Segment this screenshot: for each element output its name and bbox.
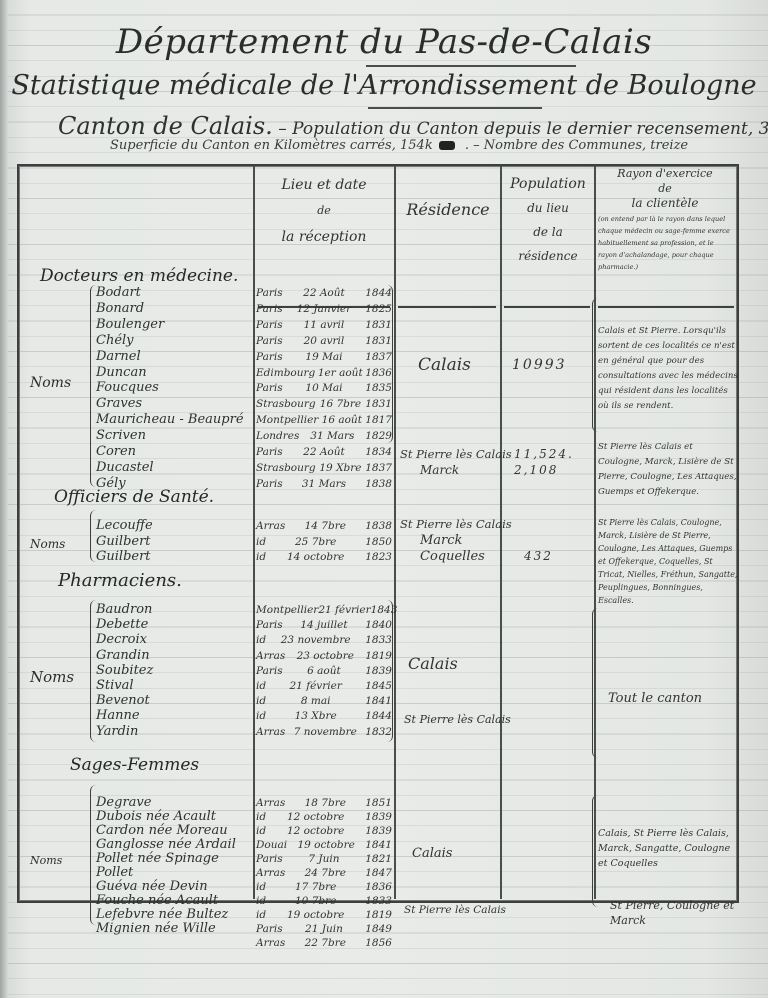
rayon-text: Calais et St Pierre. Lorsqu'ils sortent … — [598, 324, 738, 414]
reception-date: Arras7 novembre1832 — [256, 726, 392, 738]
rayon-text: St Pierre, Coulogne et Marck — [610, 898, 750, 928]
reception-year: 1819 — [365, 909, 392, 921]
reception-date: 10 7bre — [295, 895, 336, 907]
section-title-officiers: Officiers de Santé. — [54, 487, 214, 507]
superficie-line: Superficie du Canton en Kilomètres carré… — [110, 138, 688, 153]
residence: Calais — [412, 846, 452, 861]
person-name: Lefebvre née Bultez — [96, 907, 228, 922]
reception-date: Arras14 7bre1838 — [256, 520, 392, 532]
reception-date: 19 octobre — [297, 839, 354, 851]
reception-date: Paris21 Juin1849 — [256, 923, 392, 935]
population: 10993 — [512, 357, 567, 373]
reception-date: id17 7bre1836 — [256, 881, 392, 893]
person-name: Pollet — [96, 865, 133, 880]
brace — [592, 608, 599, 758]
reception-date: 11 avril — [304, 319, 345, 331]
reception-lieu: id — [256, 825, 266, 837]
reception-year: 1838 — [365, 520, 392, 532]
noms-label: Noms — [30, 537, 65, 551]
reception-year: 1839 — [365, 825, 392, 837]
reception-date: Paris14 juillet1840 — [256, 619, 392, 631]
reception-date: id23 novembre1833 — [256, 634, 392, 646]
reception-date: id14 octobre1823 — [256, 551, 392, 563]
reception-lieu: id — [256, 536, 266, 548]
residence: St Pierre lès Calais — [404, 713, 511, 726]
reception-lieu: Paris — [256, 382, 283, 394]
reception-date: id12 octobre1839 — [256, 825, 392, 837]
reception-date: id10 7bre1833 — [256, 895, 392, 907]
person-name: Bevenot — [96, 693, 150, 708]
title-underline — [366, 65, 576, 67]
header-line: la réception — [256, 224, 392, 250]
person-name: Soubitez — [96, 663, 153, 678]
noms-label: Noms — [30, 668, 74, 686]
header-line: la clientèle — [598, 196, 732, 211]
reception-year: 1851 — [365, 797, 392, 809]
reception-date: Arras23 octobre1819 — [256, 650, 392, 662]
residence: Calais — [408, 654, 458, 673]
reception-lieu: Paris — [256, 319, 283, 331]
person-name: Fouche née Acault — [96, 893, 218, 908]
reception-date: 20 avril — [304, 335, 345, 347]
reception-date: Arras22 7bre1856 — [256, 937, 392, 949]
reception-year: 1841 — [365, 839, 392, 851]
subtitle-underline — [368, 107, 542, 109]
reception-lieu: id — [256, 881, 266, 893]
reception-date: 17 7bre — [295, 881, 336, 893]
reception-date: id13 Xbre1844 — [256, 710, 392, 722]
reception-date: 22 Août — [303, 446, 345, 458]
rayon-text: St Pierre lès Calais, Coulogne, Marck, L… — [598, 516, 738, 607]
reception-date: 16 7bre — [320, 398, 361, 410]
residence: Marck — [420, 533, 462, 548]
rayon-text: Tout le canton — [608, 691, 748, 706]
person-name: Graves — [96, 396, 142, 411]
reception-date: Paris10 Mai1835 — [256, 382, 392, 394]
reception-date: 14 octobre — [287, 551, 344, 563]
reception-date: 21 Juin — [305, 923, 343, 935]
reception-lieu: id — [256, 680, 266, 692]
reception-lieu: Arras — [256, 797, 285, 809]
reception-date: 16 août — [322, 414, 362, 426]
column-divider — [500, 166, 502, 899]
reception-lieu: Londres — [256, 430, 299, 442]
reception-lieu: Paris — [256, 665, 283, 677]
canton-line: Canton de Calais. – Population du Canton… — [58, 112, 768, 140]
residence: St Pierre lès Calais — [404, 904, 506, 916]
header-rule — [504, 306, 590, 308]
reception-lieu: Douai — [256, 839, 287, 851]
header-residence: Résidence — [396, 200, 500, 219]
reception-date: 31 Mars — [302, 478, 346, 490]
reception-lieu: id — [256, 811, 266, 823]
reception-date: 31 Mars — [310, 430, 354, 442]
reception-date: 21 février — [318, 604, 370, 616]
reception-lieu: Paris — [256, 619, 283, 631]
person-name: Bodart — [96, 285, 141, 300]
reception-year: 1821 — [365, 853, 392, 865]
reception-date: 19 octobre — [287, 909, 344, 921]
person-name: Duncan — [96, 365, 147, 380]
reception-lieu: Edimbourg — [256, 367, 315, 379]
person-name: Foucques — [96, 380, 159, 395]
reception-year: 1850 — [365, 536, 392, 548]
reception-date: 23 octobre — [297, 650, 354, 662]
reception-date: 10 Mai — [305, 382, 342, 394]
header-rule — [598, 306, 734, 308]
reception-date: Paris19 Mai1837 — [256, 351, 392, 363]
reception-date: 24 7bre — [305, 867, 346, 879]
reception-date: Montpellier21 février1843 — [256, 604, 392, 616]
page-subtitle: Statistique médicale de l'Arrondissement… — [0, 70, 768, 101]
header-line: de — [598, 181, 732, 196]
reception-lieu: Paris — [256, 923, 283, 935]
reception-date: 6 août — [307, 665, 341, 677]
reception-date: 14 7bre — [305, 520, 346, 532]
reception-date: 21 février — [290, 680, 342, 692]
reception-lieu: id — [256, 909, 266, 921]
population: 432 — [524, 549, 553, 563]
reception-lieu: Strasbourg — [256, 462, 316, 474]
column-divider — [253, 166, 255, 899]
header-line: de — [256, 198, 392, 224]
rayon-text: Calais, St Pierre lès Calais, Marck, San… — [598, 826, 738, 871]
reception-date: id12 octobre1839 — [256, 811, 392, 823]
header-rule — [398, 306, 496, 308]
reception-year: 1847 — [365, 867, 392, 879]
reception-date: Strasbourg16 7bre1831 — [256, 398, 392, 410]
reception-lieu: Montpellier — [256, 414, 318, 426]
person-name: Ganglosse née Ardail — [96, 837, 236, 852]
reception-year: 1836 — [365, 881, 392, 893]
header-rayon: Rayon d'exercice de la clientèle (on ent… — [598, 166, 732, 273]
person-name: Guéva née Devin — [96, 879, 208, 894]
reception-date: 22 Août — [303, 287, 345, 299]
person-name: Mignien née Wille — [96, 921, 216, 936]
reception-lieu: id — [256, 634, 266, 646]
rayon-text: St Pierre lès Calais et Coulogne, Marck,… — [598, 440, 738, 500]
reception-date: 12 octobre — [287, 811, 344, 823]
reception-year: 1849 — [365, 923, 392, 935]
reception-date: id25 7bre1850 — [256, 536, 392, 548]
person-name: Hanne — [96, 708, 140, 723]
reception-year: 1837 — [365, 462, 392, 474]
reception-lieu: Paris — [256, 351, 283, 363]
reception-date: id19 octobre1819 — [256, 909, 392, 921]
header-line: de la résidence — [502, 220, 594, 268]
communes-label: . – Nombre des Communes, — [465, 138, 646, 153]
population-value: 30,254. — [759, 119, 768, 139]
page-title: Département du Pas-de-Calais — [0, 22, 768, 62]
residence: St Pierre lès Calais — [400, 447, 512, 461]
person-name: Ducastel — [96, 460, 154, 475]
person-name: Lecouffe — [96, 518, 153, 533]
person-name: Pollet née Spinage — [96, 851, 219, 866]
person-name: Boulenger — [96, 317, 164, 332]
person-name: Baudron — [96, 602, 152, 617]
reception-lieu: id — [256, 695, 266, 707]
reception-date: id21 février1845 — [256, 680, 392, 692]
reception-date: 19 Mai — [305, 351, 342, 363]
reception-date: 18 7bre — [305, 797, 346, 809]
reception-date: 1er août — [318, 367, 363, 379]
section-title-pharmaciens: Pharmaciens. — [58, 570, 182, 591]
person-name: Bonard — [96, 301, 144, 316]
document-page: Département du Pas-de-Calais Statistique… — [0, 0, 768, 998]
reception-lieu: Strasbourg — [256, 398, 316, 410]
reception-date: Douai19 octobre1841 — [256, 839, 392, 851]
reception-date: Paris31 Mars1838 — [256, 478, 392, 490]
person-name: Darnel — [96, 349, 141, 364]
residence: St Pierre lès Calais — [400, 517, 512, 531]
header-line: Population — [502, 172, 594, 196]
reception-date: 7 Juin — [308, 853, 339, 865]
reception-lieu: Arras — [256, 650, 285, 662]
reception-date: 12 Janvier — [297, 303, 351, 315]
noms-label: Noms — [30, 854, 62, 867]
person-name: Guilbert — [96, 549, 151, 564]
person-name: Debette — [96, 617, 148, 632]
reception-date: 14 juillet — [300, 619, 347, 631]
reception-date: 22 7bre — [305, 937, 346, 949]
reception-lieu: Paris — [256, 287, 283, 299]
reception-date: Paris6 août1839 — [256, 665, 392, 677]
reception-date: Paris20 avril1831 — [256, 335, 392, 347]
ink-blot — [439, 141, 455, 150]
header-line: Lieu et date — [256, 172, 392, 198]
communes-value: treize — [650, 138, 688, 153]
superficie-label: Superficie du Canton en Kilomètres carré… — [110, 138, 396, 153]
reception-lieu: Paris — [256, 303, 283, 315]
person-name: Mauricheau - Beaupré — [96, 412, 244, 427]
reception-lieu: Montpellier — [256, 604, 318, 616]
section-title-docteurs: Docteurs en médecine. — [40, 266, 238, 286]
person-name: Yardin — [96, 724, 138, 739]
reception-lieu: id — [256, 710, 266, 722]
reception-year: 1838 — [365, 478, 392, 490]
reception-date: Paris7 Juin1821 — [256, 853, 392, 865]
reception-lieu: id — [256, 895, 266, 907]
reception-year: 1856 — [365, 937, 392, 949]
reception-date: 8 mai — [301, 695, 331, 707]
reception-date: 7 novembre — [294, 726, 357, 738]
section-title-sages-femmes: Sages-Femmes — [70, 755, 199, 775]
reception-lieu: Paris — [256, 853, 283, 865]
person-name: Degrave — [96, 795, 151, 810]
reception-date: Strasbourg19 Xbre1837 — [256, 462, 392, 474]
header-lieu-date: Lieu et date de la réception — [256, 172, 392, 250]
header-note: (on entend par là le rayon dans lequel c… — [598, 213, 732, 273]
person-name: Stival — [96, 678, 134, 693]
superficie-value: 154k — [400, 138, 433, 153]
reception-lieu: Arras — [256, 937, 285, 949]
column-divider — [594, 166, 596, 899]
reception-date: Arras18 7bre1851 — [256, 797, 392, 809]
reception-year: 1833 — [365, 895, 392, 907]
reception-lieu: Paris — [256, 335, 283, 347]
reception-date: Edimbourg1er août1836 — [256, 367, 392, 379]
person-name: Coren — [96, 444, 136, 459]
reception-date: Paris22 Août1844 — [256, 287, 392, 299]
reception-lieu: Arras — [256, 867, 285, 879]
person-name: Grandin — [96, 648, 150, 663]
reception-lieu: Arras — [256, 520, 285, 532]
canton-name: Canton de Calais. — [58, 112, 273, 140]
reception-date: Montpellier16 août1817 — [256, 414, 392, 426]
reception-date: Paris11 avril1831 — [256, 319, 392, 331]
person-name: Guilbert — [96, 534, 151, 549]
page-edge — [0, 0, 8, 998]
reception-date: 23 novembre — [281, 634, 351, 646]
person-name: Decroix — [96, 632, 147, 647]
reception-date: Londres31 Mars1829 — [256, 430, 392, 442]
population-label: – Population du Canton depuis le dernier… — [278, 119, 753, 139]
reception-date: id8 mai1841 — [256, 695, 392, 707]
reception-date: Paris12 Janvier1825 — [256, 303, 392, 315]
person-name: Scriven — [96, 428, 146, 443]
reception-year: 1839 — [365, 811, 392, 823]
reception-lieu: Paris — [256, 446, 283, 458]
column-divider — [394, 166, 396, 899]
reception-year: 1843 — [371, 604, 398, 616]
reception-date: Paris22 Août1834 — [256, 446, 392, 458]
residence: Calais — [418, 355, 471, 375]
reception-date: 13 Xbre — [295, 710, 337, 722]
reception-date: 19 Xbre — [319, 462, 361, 474]
person-name: Cardon née Moreau — [96, 823, 228, 838]
reception-year: 1834 — [365, 446, 392, 458]
reception-lieu: Arras — [256, 726, 285, 738]
reception-date: 12 octobre — [287, 825, 344, 837]
person-name: Dubois née Acault — [96, 809, 216, 824]
reception-lieu: Paris — [256, 478, 283, 490]
header-line: du lieu — [502, 196, 594, 220]
residence: Marck — [420, 463, 459, 477]
brace — [386, 285, 393, 443]
reception-lieu: id — [256, 551, 266, 563]
person-name: Chély — [96, 333, 134, 348]
header-line: Rayon d'exercice — [598, 166, 732, 181]
population: 2,108 — [514, 463, 558, 477]
reception-date: 25 7bre — [295, 536, 336, 548]
brace — [386, 600, 393, 742]
reception-year: 1823 — [365, 551, 392, 563]
noms-label: Noms — [30, 375, 71, 391]
residence: Coquelles — [420, 549, 485, 564]
reception-date: Arras24 7bre1847 — [256, 867, 392, 879]
population: 11,524. — [514, 447, 574, 461]
header-population: Population du lieu de la résidence — [502, 172, 594, 268]
